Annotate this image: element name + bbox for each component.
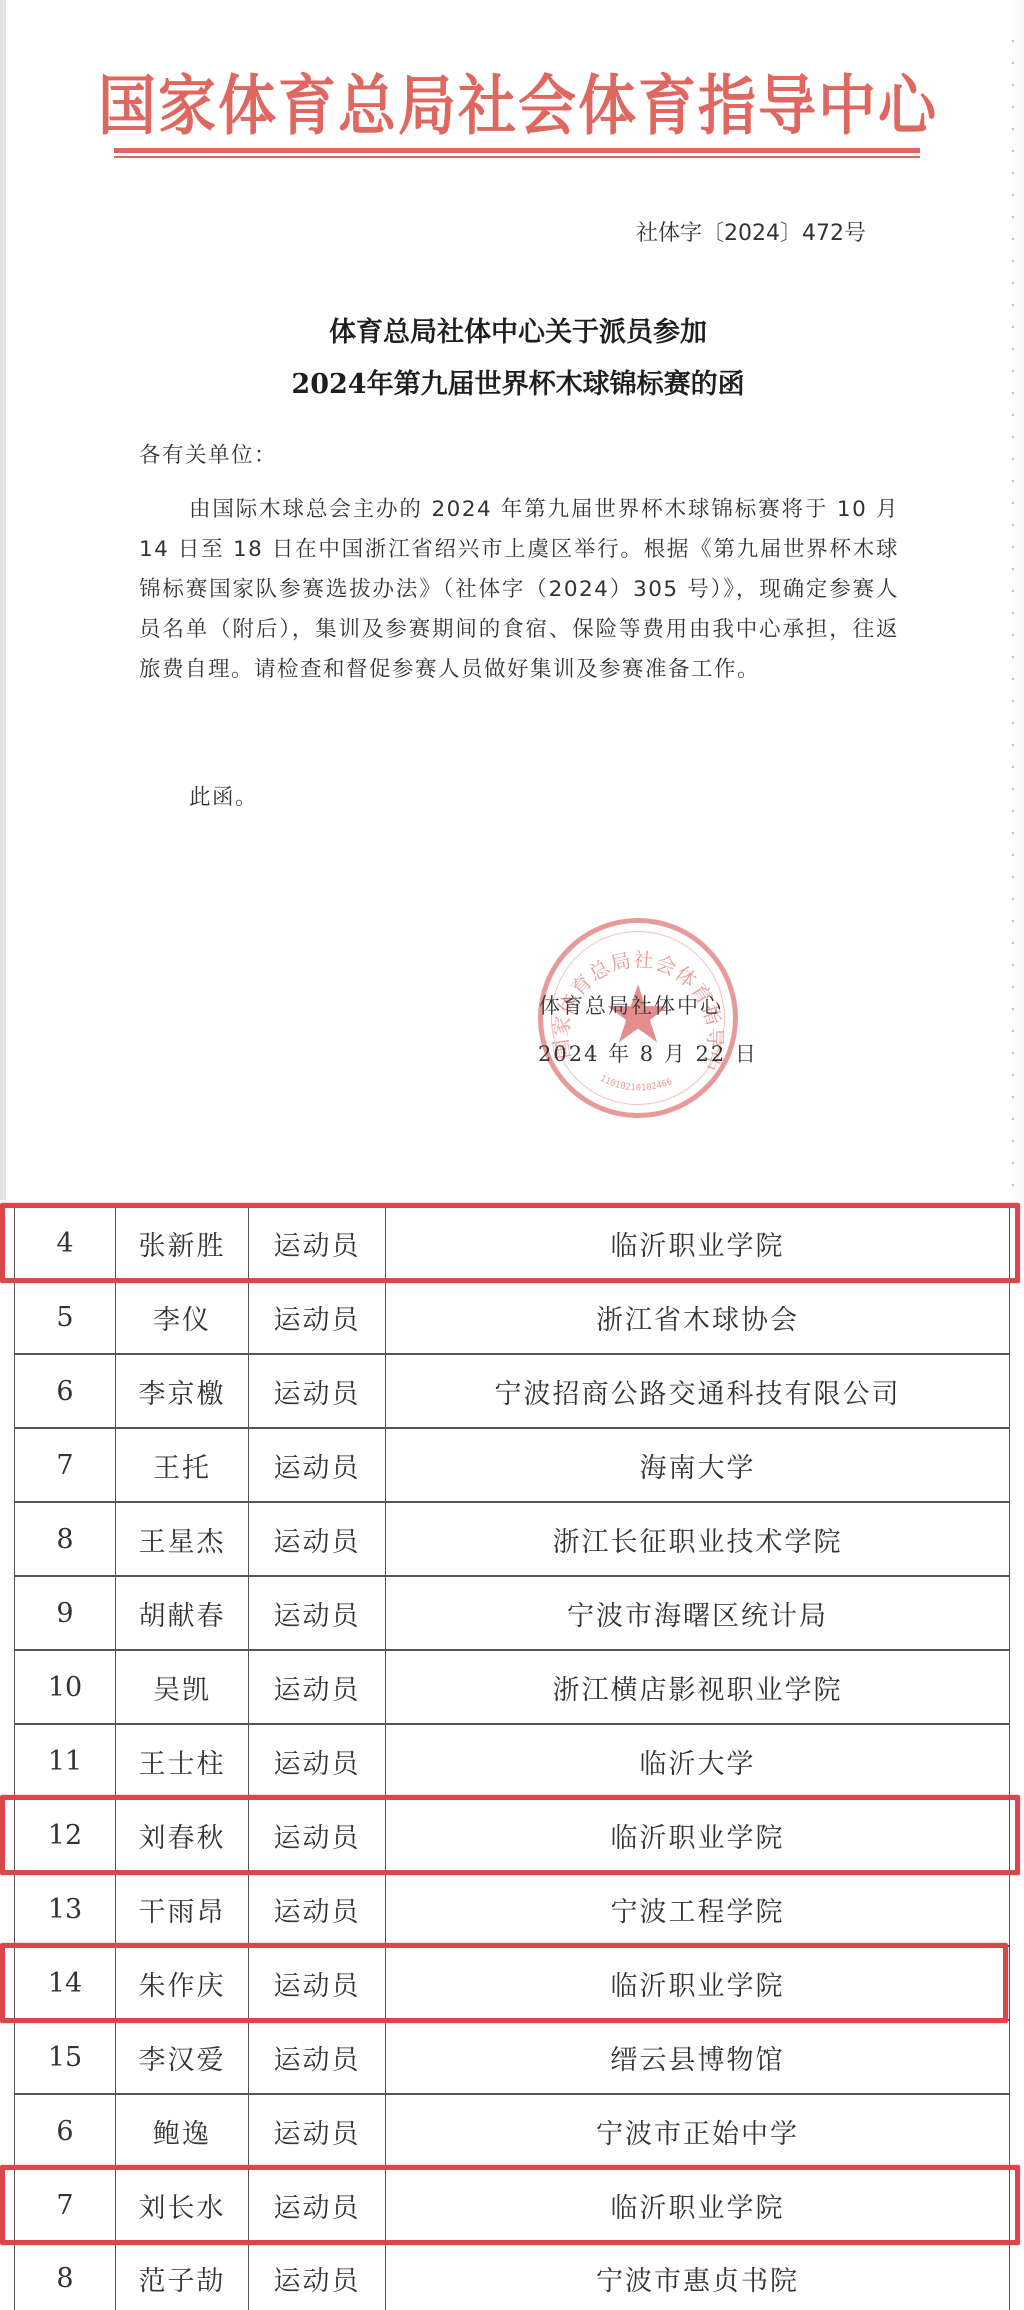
- table-row: 12刘春秋运动员临沂职业学院: [14, 1797, 1010, 1871]
- official-letter: 国家体育总局社会体育指导中心 社体字〔2024〕472号 体育总局社体中心关于派…: [0, 0, 1024, 1200]
- athlete-name: 李仪: [115, 1281, 248, 1353]
- row-number: 10: [14, 1651, 115, 1723]
- svg-text:110102101024​66: 110102101024​66: [598, 1074, 674, 1094]
- table-row: 8范子劼运动员宁波市惠贞书院: [14, 2241, 1010, 2310]
- signature-organization: 体育总局社体中心: [539, 990, 723, 1020]
- row-number: 7: [14, 2169, 115, 2241]
- athlete-role: 运动员: [248, 1947, 385, 2019]
- athlete-unit: 海南大学: [385, 1429, 1010, 1501]
- athlete-name: 李京檄: [115, 1355, 248, 1427]
- page-edge-shadow: [1006, 0, 1024, 1200]
- table-row: 4张新胜运动员临沂职业学院: [14, 1205, 1010, 1279]
- athlete-role: 运动员: [248, 2021, 385, 2093]
- athlete-unit: 浙江省木球协会: [385, 1281, 1010, 1353]
- athlete-unit: 宁波市海曙区统计局: [385, 1577, 1010, 1649]
- athlete-unit: 缙云县博物馆: [385, 2021, 1010, 2093]
- athlete-unit: 临沂大学: [385, 1725, 1010, 1797]
- table-row: 6李京檄运动员宁波招商公路交通科技有限公司: [14, 1353, 1010, 1427]
- table-row: 8王星杰运动员浙江长征职业技术学院: [14, 1501, 1010, 1575]
- athlete-role: 运动员: [248, 1725, 385, 1797]
- athlete-role: 运动员: [248, 1281, 385, 1353]
- athlete-role: 运动员: [248, 2243, 385, 2310]
- letter-closing: 此函。: [189, 778, 949, 818]
- athlete-unit: 临沂职业学院: [385, 1799, 1010, 1871]
- athlete-unit: 宁波市正始中学: [385, 2095, 1010, 2167]
- row-number: 9: [14, 1577, 115, 1649]
- row-number: 8: [14, 2243, 115, 2310]
- athlete-roster-table: 4张新胜运动员临沂职业学院5李仪运动员浙江省木球协会6李京檄运动员宁波招商公路交…: [0, 1200, 1024, 2310]
- athlete-unit: 宁波工程学院: [385, 1873, 1010, 1945]
- athlete-role: 运动员: [248, 1577, 385, 1649]
- athlete-name: 胡献春: [115, 1577, 248, 1649]
- athlete-name: 王托: [115, 1429, 248, 1501]
- row-number: 8: [14, 1503, 115, 1575]
- athlete-unit: 临沂职业学院: [385, 1947, 1010, 2019]
- athlete-name: 刘春秋: [115, 1799, 248, 1871]
- athlete-role: 运动员: [248, 1429, 385, 1501]
- table-row: 7刘长水运动员临沂职业学院: [14, 2167, 1010, 2241]
- row-number: 4: [14, 1207, 115, 1279]
- athlete-name: 张新胜: [115, 1207, 248, 1279]
- row-number: 11: [14, 1725, 115, 1797]
- row-number: 5: [14, 1281, 115, 1353]
- athlete-name: 王星杰: [115, 1503, 248, 1575]
- row-number: 12: [14, 1799, 115, 1871]
- salutation: 各有关单位：: [139, 436, 899, 476]
- athlete-role: 运动员: [248, 2169, 385, 2241]
- letter-title-line-2: 2024年第九届世界杯木球锦标赛的函: [6, 362, 1024, 401]
- row-number: 14: [14, 1947, 115, 2019]
- table-row: 15李汉爱运动员缙云县博物馆: [14, 2019, 1010, 2093]
- athlete-unit: 临沂职业学院: [385, 1207, 1010, 1279]
- athlete-unit: 浙江横店影视职业学院: [385, 1651, 1010, 1723]
- table-row: 9胡献春运动员宁波市海曙区统计局: [14, 1575, 1010, 1649]
- athlete-role: 运动员: [248, 1207, 385, 1279]
- letterhead-rule: [114, 148, 920, 153]
- letter-body-paragraph: 由国际木球总会主办的 2024 年第九届世界杯木球锦标赛将于 10 月 14 日…: [139, 490, 899, 690]
- table-row: 11王士柱运动员临沂大学: [14, 1723, 1010, 1797]
- row-number: 6: [14, 1355, 115, 1427]
- row-number: 6: [14, 2095, 115, 2167]
- athlete-name: 干雨昂: [115, 1873, 248, 1945]
- table-row: 7王托运动员海南大学: [14, 1427, 1010, 1501]
- signature-date: 2024 年 8 月 22 日: [538, 1038, 758, 1068]
- athlete-role: 运动员: [248, 1873, 385, 1945]
- athlete-unit: 临沂职业学院: [385, 2169, 1010, 2241]
- letterhead-rule-thin: [114, 156, 920, 158]
- row-number: 15: [14, 2021, 115, 2093]
- athlete-role: 运动员: [248, 1503, 385, 1575]
- athlete-name: 范子劼: [115, 2243, 248, 2310]
- row-number: 7: [14, 1429, 115, 1501]
- athlete-unit: 宁波招商公路交通科技有限公司: [385, 1355, 1010, 1427]
- athlete-name: 鲍逸: [115, 2095, 248, 2167]
- table-row: 10吴凯运动员浙江横店影视职业学院: [14, 1649, 1010, 1723]
- athlete-role: 运动员: [248, 1799, 385, 1871]
- table-row: 13干雨昂运动员宁波工程学院: [14, 1871, 1010, 1945]
- table-row: 6鲍逸运动员宁波市正始中学: [14, 2093, 1010, 2167]
- letterhead-title: 国家体育总局社会体育指导中心: [6, 53, 1024, 147]
- athlete-name: 李汉爱: [115, 2021, 248, 2093]
- athlete-role: 运动员: [248, 2095, 385, 2167]
- athlete-unit: 宁波市惠贞书院: [385, 2243, 1010, 2310]
- row-number: 13: [14, 1873, 115, 1945]
- table-row: 14朱作庆运动员临沂职业学院: [14, 1945, 1010, 2019]
- athlete-name: 刘长水: [115, 2169, 248, 2241]
- letter-title-line-1: 体育总局社体中心关于派员参加: [6, 310, 1024, 349]
- athlete-unit: 浙江长征职业技术学院: [385, 1503, 1010, 1575]
- athlete-name: 朱作庆: [115, 1947, 248, 2019]
- athlete-name: 吴凯: [115, 1651, 248, 1723]
- athlete-role: 运动员: [248, 1355, 385, 1427]
- document-number: 社体字〔2024〕472号: [636, 216, 866, 247]
- athlete-name: 王士柱: [115, 1725, 248, 1797]
- table-row: 5李仪运动员浙江省木球协会: [14, 1279, 1010, 1353]
- athlete-role: 运动员: [248, 1651, 385, 1723]
- scan-artifact: [1011, 30, 1015, 1190]
